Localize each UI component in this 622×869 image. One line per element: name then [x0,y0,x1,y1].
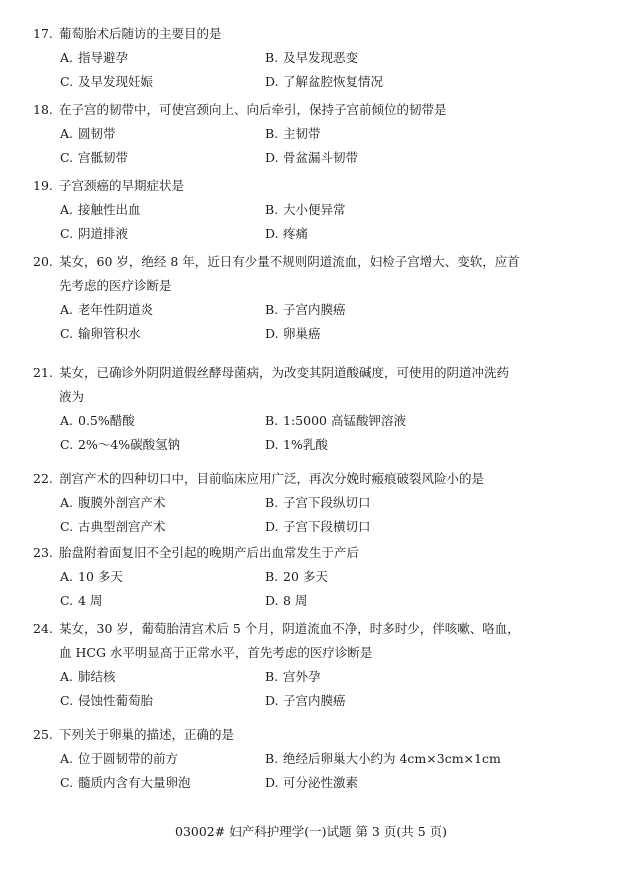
option-label: B. [265,409,283,433]
option-text: 指导避孕 [78,50,128,65]
options-grid: A.位于圆韧带的前方 B.绝经后卵巢大小约为 4cm×3cm×1cm C.髓质内… [33,747,593,795]
option-c: C.古典型剖宫产术 [60,515,265,539]
option-b: B.子宫内膜癌 [265,298,593,322]
question-stem: 19. 子宫颈癌的早期症状是 [33,174,593,198]
option-text: 骨盆漏斗韧带 [283,150,358,165]
question-stem: 20. 某女，60 岁，绝经 8 年，近日有少量不规则阴道流血，妇检子宫增大、变… [33,250,593,274]
option-label: A. [60,409,78,433]
question-stem: 22. 剖宫产术的四种切口中，目前临床应用广泛，再次分娩时瘢痕破裂风险小的是 [33,467,593,491]
option-text: 阴道排液 [78,226,128,241]
option-label: C. [60,146,78,170]
option-label: A. [60,46,78,70]
option-text: 绝经后卵巢大小约为 4cm×3cm×1cm [283,751,501,766]
question-stem: 24. 某女，30 岁，葡萄胎清宫术后 5 个月，阴道流血不净，时多时少，伴咳嗽… [33,617,593,641]
options-grid: A.腹膜外剖宫产术 B.子宫下段纵切口 C.古典型剖宫产术 D.子宫下段横切口 [33,491,593,539]
option-b: B.主韧带 [265,122,593,146]
option-b: B.宫外孕 [265,665,593,689]
option-text: 0.5%醋酸 [78,413,135,428]
option-label: B. [265,122,283,146]
option-text: 了解盆腔恢复情况 [283,74,383,89]
option-a: A.接触性出血 [60,198,265,222]
question-text: 某女，已确诊外阴阴道假丝酵母菌病，为改变其阴道酸碱度，可使用的阴道冲洗药 [59,361,509,385]
option-text: 子宫内膜癌 [283,302,346,317]
option-label: C. [60,222,78,246]
options-grid: A.圆韧带 B.主韧带 C.宫骶韧带 D.骨盆漏斗韧带 [33,122,593,170]
option-b: B.及早发现恶变 [265,46,593,70]
option-text: 侵蚀性葡萄胎 [78,693,153,708]
option-label: C. [60,689,78,713]
option-c: C.阴道排液 [60,222,265,246]
option-a: A.圆韧带 [60,122,265,146]
question-text: 葡萄胎术后随访的主要目的是 [59,22,222,46]
option-c: C.及早发现妊娠 [60,70,265,94]
option-c: C.髓质内含有大量卵泡 [60,771,265,795]
option-b: B.1:5000 高锰酸钾溶液 [265,409,593,433]
question-text: 下列关于卵巢的描述，正确的是 [59,723,234,747]
question-text: 剖宫产术的四种切口中，目前临床应用广泛，再次分娩时瘢痕破裂风险小的是 [59,467,484,491]
option-label: B. [265,198,283,222]
option-d: D.卵巢癌 [265,322,593,346]
option-c: C.宫骶韧带 [60,146,265,170]
option-text: 输卵管积水 [78,326,141,341]
option-a: A.老年性阴道炎 [60,298,265,322]
question-20: 20. 某女，60 岁，绝经 8 年，近日有少量不规则阴道流血，妇检子宫增大、变… [33,250,593,346]
options-grid: A.老年性阴道炎 B.子宫内膜癌 C.输卵管积水 D.卵巢癌 [33,298,593,346]
option-label: B. [265,747,283,771]
option-label: A. [60,298,78,322]
option-d: D.了解盆腔恢复情况 [265,70,593,94]
option-label: B. [265,298,283,322]
question-stem: 23. 胎盘附着面复旧不全引起的晚期产后出血常发生于产后 [33,541,593,565]
option-text: 可分泌性激素 [283,775,358,790]
option-text: 宫外孕 [283,669,321,684]
question-text-continued: 先考虑的医疗诊断是 [33,274,593,298]
option-text: 及早发现恶变 [283,50,358,65]
option-label: C. [60,433,78,457]
question-stem: 21. 某女，已确诊外阴阴道假丝酵母菌病，为改变其阴道酸碱度，可使用的阴道冲洗药 [33,361,593,385]
option-label: A. [60,198,78,222]
option-text: 老年性阴道炎 [78,302,153,317]
page-footer: 03002# 妇产科护理学(一)试题 第 3 页(共 5 页) [0,822,622,840]
question-text-continued: 液为 [33,385,593,409]
option-a: A.腹膜外剖宫产术 [60,491,265,515]
option-text: 主韧带 [283,126,321,141]
option-a: A.位于圆韧带的前方 [60,747,265,771]
option-label: C. [60,589,78,613]
option-text: 位于圆韧带的前方 [78,751,178,766]
option-label: D. [265,689,283,713]
option-d: D.疼痛 [265,222,593,246]
question-number: 18. [33,98,59,122]
question-number: 17. [33,22,59,46]
option-label: D. [265,433,283,457]
option-c: C.侵蚀性葡萄胎 [60,689,265,713]
option-a: A.10 多天 [60,565,265,589]
option-label: D. [265,515,283,539]
option-text: 疼痛 [283,226,308,241]
option-b: B.子宫下段纵切口 [265,491,593,515]
option-b: B.绝经后卵巢大小约为 4cm×3cm×1cm [265,747,593,771]
option-d: D.骨盆漏斗韧带 [265,146,593,170]
question-number: 22. [33,467,59,491]
option-a: A.肺结核 [60,665,265,689]
option-d: D.子宫下段横切口 [265,515,593,539]
option-b: B.大小便异常 [265,198,593,222]
question-stem: 25. 下列关于卵巢的描述，正确的是 [33,723,593,747]
option-text: 8 周 [283,593,307,608]
option-label: A. [60,747,78,771]
question-21: 21. 某女，已确诊外阴阴道假丝酵母菌病，为改变其阴道酸碱度，可使用的阴道冲洗药… [33,361,593,457]
option-text: 1:5000 高锰酸钾溶液 [283,413,406,428]
option-label: D. [265,222,283,246]
option-text: 10 多天 [78,569,123,584]
question-number: 24. [33,617,59,641]
question-25: 25. 下列关于卵巢的描述，正确的是 A.位于圆韧带的前方 B.绝经后卵巢大小约… [33,723,593,795]
option-label: D. [265,146,283,170]
question-text: 某女，30 岁，葡萄胎清宫术后 5 个月，阴道流血不净，时多时少，伴咳嗽、咯血， [59,617,520,641]
option-text: 子宫内膜癌 [283,693,346,708]
option-label: B. [265,565,283,589]
option-text: 肺结核 [78,669,116,684]
option-text: 子宫下段纵切口 [283,495,371,510]
option-label: C. [60,771,78,795]
option-text: 子宫下段横切口 [283,519,371,534]
option-text: 髓质内含有大量卵泡 [78,775,191,790]
question-text: 某女，60 岁，绝经 8 年，近日有少量不规则阴道流血，妇检子宫增大、变软，应首 [59,250,520,274]
question-24: 24. 某女，30 岁，葡萄胎清宫术后 5 个月，阴道流血不净，时多时少，伴咳嗽… [33,617,593,713]
option-text: 宫骶韧带 [78,150,128,165]
option-text: 2%～4%碳酸氢钠 [78,437,180,452]
question-text: 子宫颈癌的早期症状是 [59,174,184,198]
option-d: D.可分泌性激素 [265,771,593,795]
question-18: 18. 在子宫的韧带中，可使宫颈向上、向后牵引，保持子宫前倾位的韧带是 A.圆韧… [33,98,593,170]
options-grid: A.接触性出血 B.大小便异常 C.阴道排液 D.疼痛 [33,198,593,246]
option-c: C.4 周 [60,589,265,613]
option-text: 腹膜外剖宫产术 [78,495,166,510]
option-label: D. [265,322,283,346]
options-grid: A.肺结核 B.宫外孕 C.侵蚀性葡萄胎 D.子宫内膜癌 [33,665,593,713]
question-text-continued: 血 HCG 水平明显高于正常水平，首先考虑的医疗诊断是 [33,641,593,665]
options-grid: A.0.5%醋酸 B.1:5000 高锰酸钾溶液 C.2%～4%碳酸氢钠 D.1… [33,409,593,457]
option-label: A. [60,665,78,689]
question-number: 23. [33,541,59,565]
options-grid: A.10 多天 B.20 多天 C.4 周 D.8 周 [33,565,593,613]
question-22: 22. 剖宫产术的四种切口中，目前临床应用广泛，再次分娩时瘢痕破裂风险小的是 A… [33,467,593,539]
option-d: D.子宫内膜癌 [265,689,593,713]
question-23: 23. 胎盘附着面复旧不全引起的晚期产后出血常发生于产后 A.10 多天 B.2… [33,541,593,613]
option-text: 圆韧带 [78,126,116,141]
question-text: 在子宫的韧带中，可使宫颈向上、向后牵引，保持子宫前倾位的韧带是 [59,98,447,122]
options-grid: A.指导避孕 B.及早发现恶变 C.及早发现妊娠 D.了解盆腔恢复情况 [33,46,593,94]
option-text: 古典型剖宫产术 [78,519,166,534]
option-label: D. [265,771,283,795]
question-number: 20. [33,250,59,274]
option-label: A. [60,491,78,515]
question-stem: 18. 在子宫的韧带中，可使宫颈向上、向后牵引，保持子宫前倾位的韧带是 [33,98,593,122]
question-19: 19. 子宫颈癌的早期症状是 A.接触性出血 B.大小便异常 C.阴道排液 D.… [33,174,593,246]
option-label: A. [60,565,78,589]
option-label: D. [265,70,283,94]
option-a: A.0.5%醋酸 [60,409,265,433]
option-label: A. [60,122,78,146]
option-label: C. [60,515,78,539]
question-17: 17. 葡萄胎术后随访的主要目的是 A.指导避孕 B.及早发现恶变 C.及早发现… [33,22,593,94]
option-c: C.2%～4%碳酸氢钠 [60,433,265,457]
option-label: B. [265,46,283,70]
option-text: 20 多天 [283,569,328,584]
question-number: 19. [33,174,59,198]
option-b: B.20 多天 [265,565,593,589]
option-label: B. [265,491,283,515]
question-stem: 17. 葡萄胎术后随访的主要目的是 [33,22,593,46]
question-number: 25. [33,723,59,747]
option-text: 接触性出血 [78,202,141,217]
option-c: C.输卵管积水 [60,322,265,346]
question-text: 胎盘附着面复旧不全引起的晚期产后出血常发生于产后 [59,541,359,565]
option-text: 4 周 [78,593,102,608]
exam-page: 17. 葡萄胎术后随访的主要目的是 A.指导避孕 B.及早发现恶变 C.及早发现… [0,0,622,869]
option-label: D. [265,589,283,613]
option-text: 卵巢癌 [283,326,321,341]
option-a: A.指导避孕 [60,46,265,70]
option-label: B. [265,665,283,689]
option-label: C. [60,322,78,346]
option-text: 大小便异常 [283,202,346,217]
option-text: 1%乳酸 [283,437,328,452]
option-d: D.1%乳酸 [265,433,593,457]
option-d: D.8 周 [265,589,593,613]
option-label: C. [60,70,78,94]
option-text: 及早发现妊娠 [78,74,153,89]
question-number: 21. [33,361,59,385]
